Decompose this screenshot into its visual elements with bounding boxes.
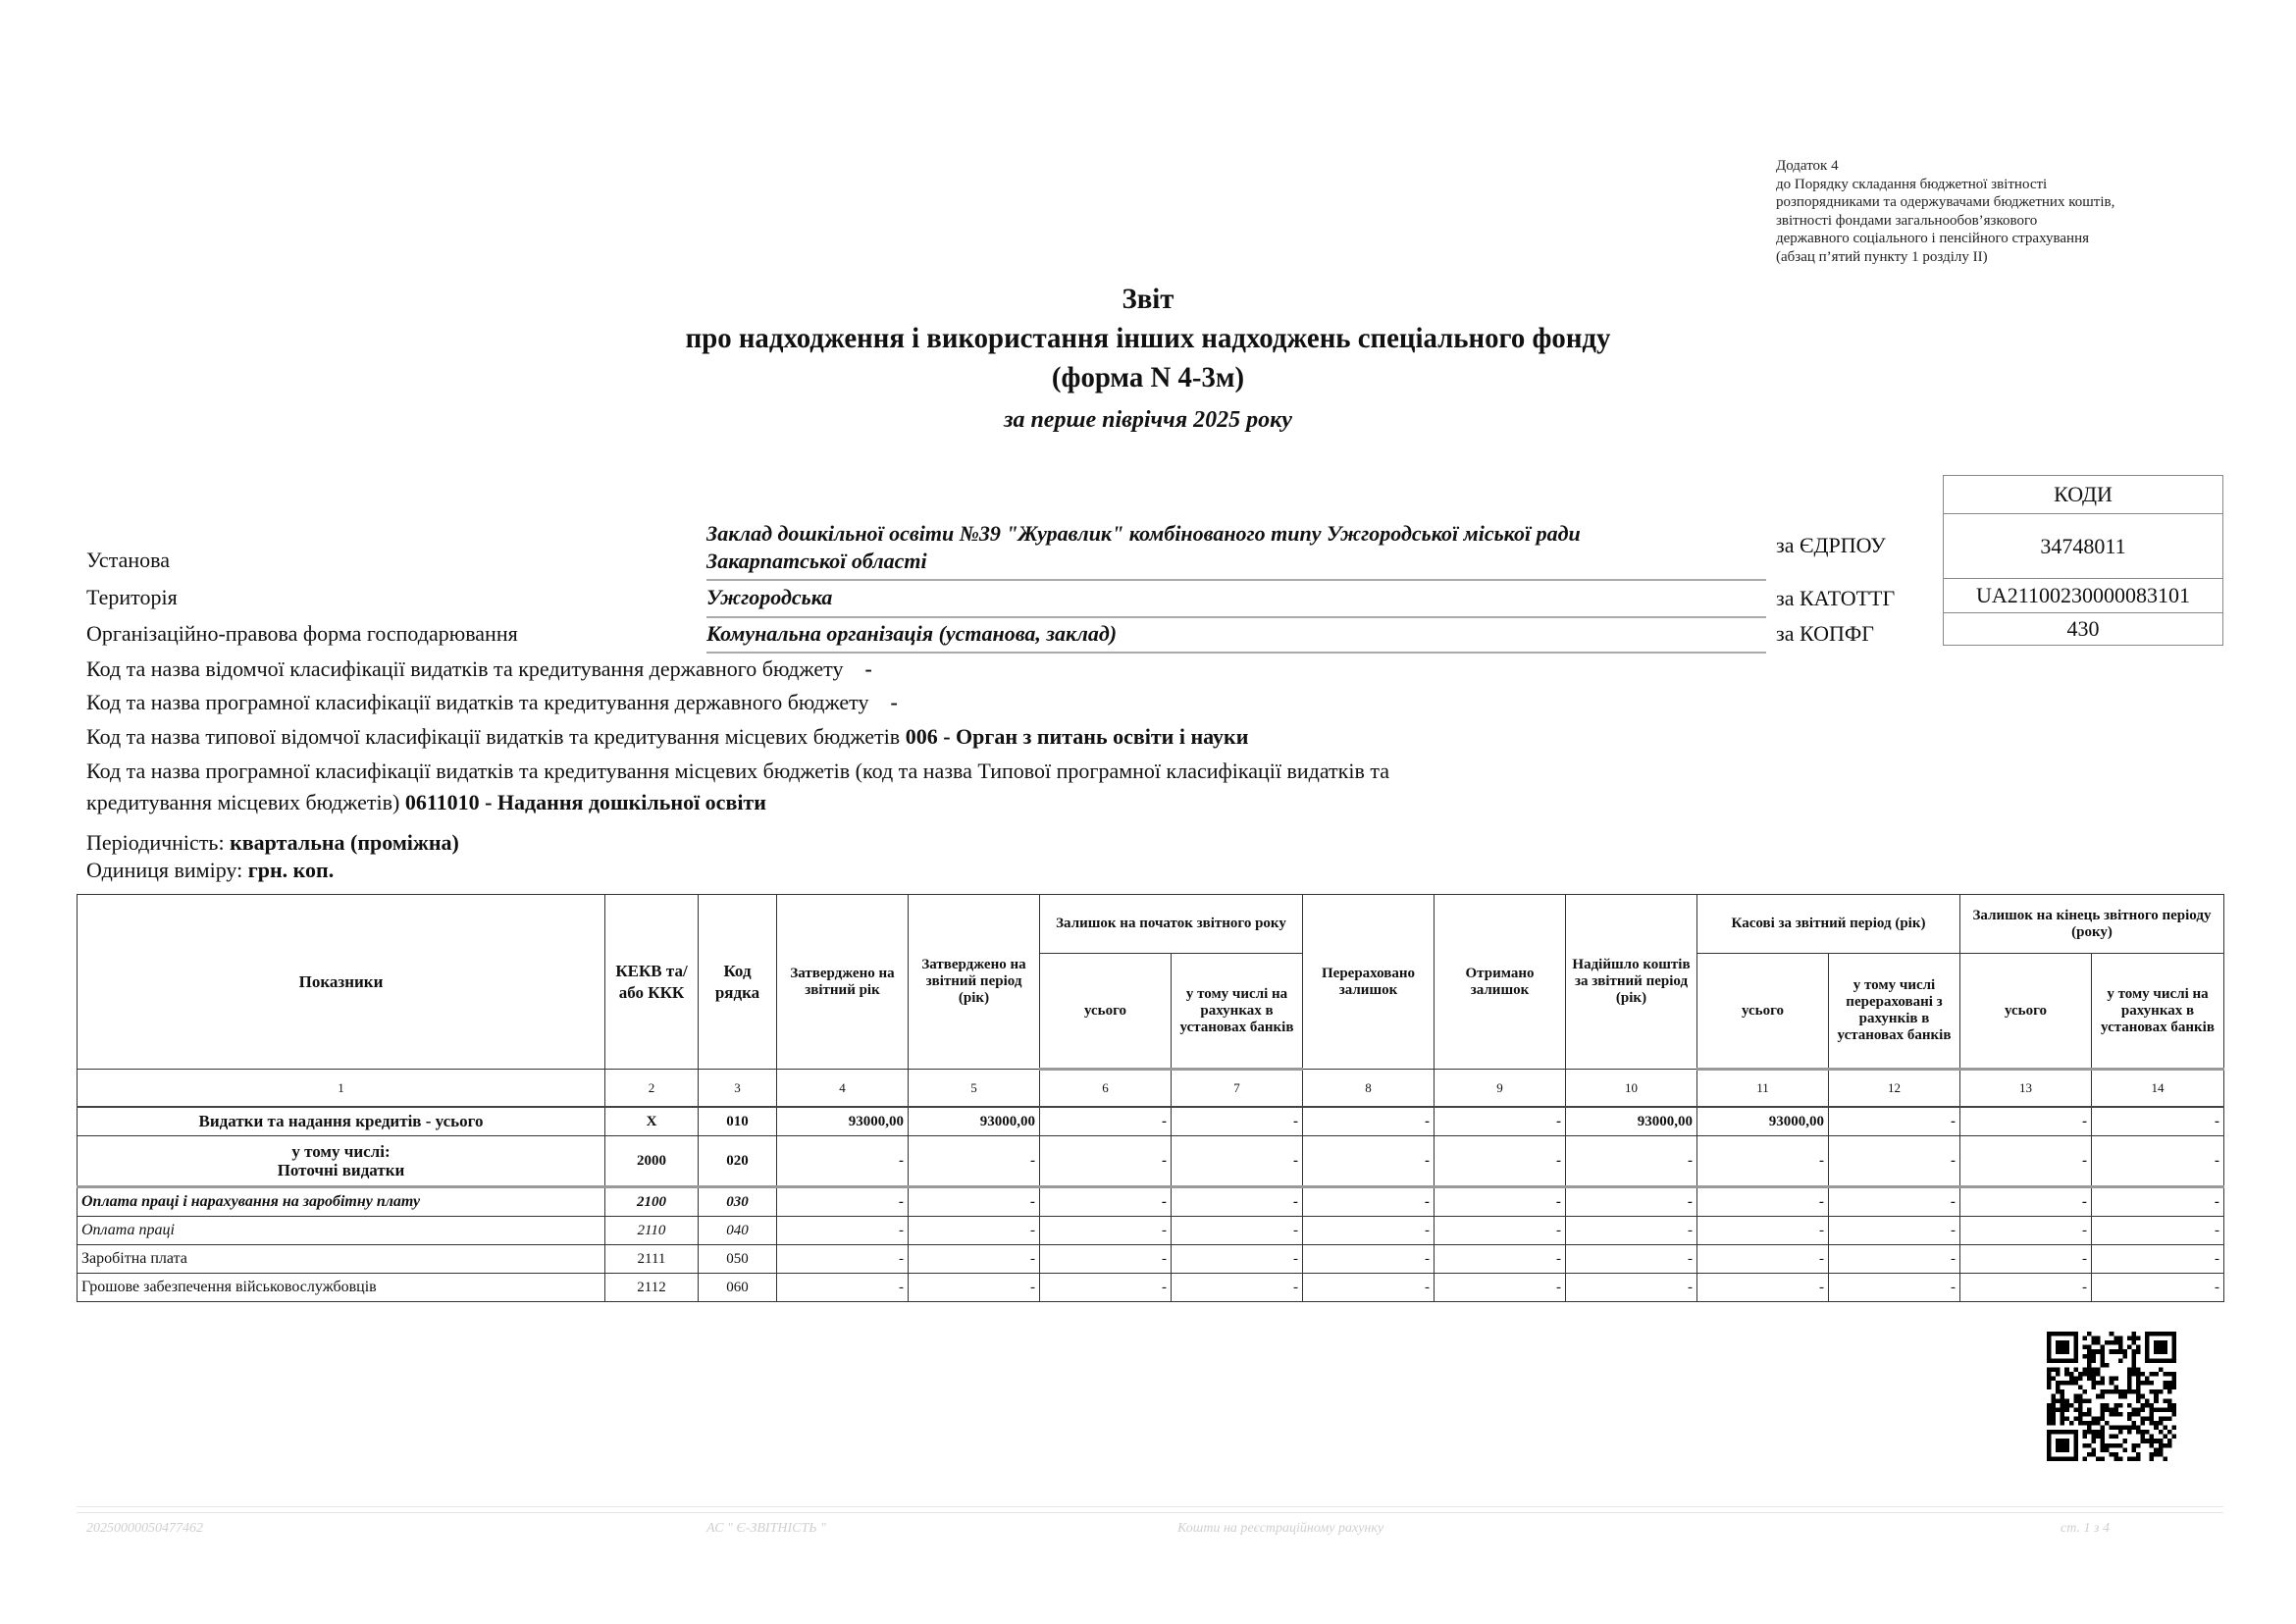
katottg-label: за КАТОТТГ <box>1776 586 1895 611</box>
title-line-1: Звіт <box>46 280 2250 319</box>
table-row: Видатки та надання кредитів - усього X 0… <box>78 1107 2224 1136</box>
row-value: - <box>1697 1274 1829 1302</box>
report-title: Звіт про надходження і використання інши… <box>0 280 2296 434</box>
row-value: - <box>1435 1187 1566 1217</box>
row-value: - <box>1303 1187 1435 1217</box>
column-number: 6 <box>1040 1070 1172 1108</box>
row-value: - <box>1040 1136 1172 1187</box>
row-value: - <box>2092 1107 2224 1136</box>
appendix-line: державного соціального і пенсійного стра… <box>1776 230 2208 248</box>
row-value: - <box>1172 1217 1303 1245</box>
header-transferred: Перераховано залишок <box>1303 895 1435 1070</box>
column-number: 3 <box>699 1070 777 1108</box>
row-value: - <box>1566 1274 1697 1302</box>
footer-divider <box>77 1512 2223 1513</box>
codes-table: КОДИ 34748011 UA21100230000083101 430 <box>1943 475 2223 646</box>
row-value: - <box>909 1187 1040 1217</box>
prog-state-label: Код та назва програмної класифікації вид… <box>86 690 868 714</box>
row-value: - <box>1960 1136 2092 1187</box>
header-balance-end: Залишок на кінець звітного періоду (року… <box>1960 895 2224 954</box>
row-kekv: 2112 <box>605 1274 699 1302</box>
footer-doc-id: 20250000050477462 <box>86 1521 203 1537</box>
row-code: 010 <box>699 1107 777 1136</box>
row-value: - <box>1303 1245 1435 1274</box>
row-value: - <box>1172 1245 1303 1274</box>
row-value: - <box>1566 1217 1697 1245</box>
header-indicators: Показники <box>78 895 605 1070</box>
row-name-line-2: Поточні видатки <box>81 1161 600 1179</box>
row-value: - <box>1303 1274 1435 1302</box>
katottg-code: UA21100230000083101 <box>1944 579 2223 613</box>
row-value: - <box>1829 1274 1960 1302</box>
institution-line-1: Заклад дошкільної освіти №39 "Журавлик" … <box>706 520 1766 548</box>
row-value: - <box>1040 1245 1172 1274</box>
appendix-line: звітності фондами загальнообов’язкового <box>1776 212 2208 231</box>
row-value: - <box>2092 1245 2224 1274</box>
row-value: - <box>1697 1136 1829 1187</box>
row-value: - <box>1829 1107 1960 1136</box>
row-value: - <box>1435 1245 1566 1274</box>
periodicity-value: квартальна (проміжна) <box>230 830 459 855</box>
row-value: - <box>777 1187 909 1217</box>
row-name: Грошове забезпечення військовослужбовців <box>78 1274 605 1302</box>
dept-state-classification: Код та назва відомчої класифікації видат… <box>86 654 872 685</box>
row-value: - <box>1040 1217 1172 1245</box>
row-value: - <box>1829 1245 1960 1274</box>
row-name: Заробітна плата <box>78 1245 605 1274</box>
dept-state-label: Код та назва відомчої класифікації видат… <box>86 656 843 681</box>
row-code: 050 <box>699 1245 777 1274</box>
periodicity-label: Періодичність: <box>86 830 225 855</box>
row-value: - <box>1435 1136 1566 1187</box>
territory-value: Ужгородська <box>706 583 1766 618</box>
row-value: - <box>1697 1245 1829 1274</box>
title-line-2: про надходження і використання інших над… <box>46 319 2250 358</box>
column-numbers-row: 1 2 3 4 5 6 7 8 9 10 11 12 13 14 <box>78 1070 2224 1108</box>
row-value: - <box>909 1245 1040 1274</box>
appendix-note: Додаток 4 до Порядку складання бюджетної… <box>1776 157 2208 266</box>
row-kekv: 2110 <box>605 1217 699 1245</box>
row-name: Оплата праці <box>78 1217 605 1245</box>
header-balance-start-total: усього <box>1040 954 1172 1070</box>
row-kekv: 2000 <box>605 1136 699 1187</box>
edrpou-label: за ЄДРПОУ <box>1776 533 1886 558</box>
row-value: - <box>1172 1107 1303 1136</box>
kopfg-code: 430 <box>1944 613 2223 646</box>
header-balance-start: Залишок на початок звітного року <box>1040 895 1303 954</box>
row-value: - <box>909 1274 1040 1302</box>
row-value: - <box>1172 1274 1303 1302</box>
row-value: - <box>2092 1217 2224 1245</box>
footer-divider <box>77 1506 2223 1507</box>
column-number: 10 <box>1566 1070 1697 1108</box>
row-value: 93000,00 <box>909 1107 1040 1136</box>
codes-header: КОДИ <box>1944 476 2223 514</box>
column-number: 1 <box>78 1070 605 1108</box>
unit-label: Одиниця виміру: <box>86 858 242 882</box>
title-form: (форма N 4-3м) <box>46 358 2250 397</box>
prog-state-value: - <box>890 690 897 714</box>
row-value: - <box>777 1217 909 1245</box>
row-value: - <box>2092 1187 2224 1217</box>
row-value: - <box>1303 1107 1435 1136</box>
header-balance-end-total: усього <box>1960 954 2092 1070</box>
row-code: 020 <box>699 1136 777 1187</box>
header-balance-start-banks: у тому числі на рахунках в установах бан… <box>1172 954 1303 1070</box>
header-income: Надійшло коштів за звітний період (рік) <box>1566 895 1697 1070</box>
header-approved-year: Затверджено на звітний рік <box>777 895 909 1070</box>
row-value: - <box>1040 1107 1172 1136</box>
header-kekv: КЕКВ та/або ККК <box>605 895 699 1070</box>
table-row: Оплата праці 2110 040 ----------- <box>78 1217 2224 1245</box>
row-name: Видатки та надання кредитів - усього <box>78 1107 605 1136</box>
row-name: Оплата праці і нарахування на заробітну … <box>78 1187 605 1217</box>
row-value: - <box>1829 1136 1960 1187</box>
row-value: - <box>777 1245 909 1274</box>
row-value: - <box>1566 1187 1697 1217</box>
institution-value: Заклад дошкільної освіти №39 "Журавлик" … <box>706 520 1766 581</box>
row-value: - <box>1960 1245 2092 1274</box>
header-cash: Касові за звітний період (рік) <box>1697 895 1960 954</box>
appendix-line: (абзац п’ятий пункту 1 розділу II) <box>1776 248 2208 267</box>
appendix-line: до Порядку складання бюджетної звітності <box>1776 176 2208 194</box>
column-number: 8 <box>1303 1070 1435 1108</box>
column-number: 5 <box>909 1070 1040 1108</box>
dept-local-classification: Код та назва типової відомчої класифікац… <box>86 721 1248 753</box>
row-value: - <box>1566 1245 1697 1274</box>
row-code: 040 <box>699 1217 777 1245</box>
prog-local-label-1: Код та назва програмної класифікації вид… <box>86 756 1389 787</box>
header-received-balance: Отримано залишок <box>1435 895 1566 1070</box>
row-value: - <box>1435 1217 1566 1245</box>
row-value: - <box>1303 1136 1435 1187</box>
prog-local-value: 0611010 - Надання дошкільної освіти <box>405 790 766 814</box>
row-value: 93000,00 <box>1566 1107 1697 1136</box>
row-value: - <box>1697 1187 1829 1217</box>
legal-form-label: Організаційно-правова форма господарюван… <box>86 621 518 647</box>
footer-account: Кошти на реєстраційному рахунку <box>1177 1521 1383 1537</box>
header-approved-period: Затверджено на звітний період (рік) <box>909 895 1040 1070</box>
report-period: за перше півріччя 2025 року <box>0 407 2296 434</box>
row-value: - <box>1566 1136 1697 1187</box>
row-value: 93000,00 <box>1697 1107 1829 1136</box>
table-row: у тому числі: Поточні видатки 2000 020 -… <box>78 1136 2224 1187</box>
row-value: - <box>1829 1217 1960 1245</box>
table-row: Оплата праці і нарахування на заробітну … <box>78 1187 2224 1217</box>
table-row: Заробітна плата 2111 050 ----------- <box>78 1245 2224 1274</box>
row-value: - <box>1040 1274 1172 1302</box>
report-table: Показники КЕКВ та/або ККК Код рядка Затв… <box>77 894 2224 1302</box>
row-value: - <box>1697 1217 1829 1245</box>
row-value: - <box>777 1136 909 1187</box>
dept-local-value: 006 - Орган з питань освіти і науки <box>906 724 1249 749</box>
row-value: - <box>1303 1217 1435 1245</box>
header-balance-end-banks: у тому числі на рахунках в установах бан… <box>2092 954 2224 1070</box>
row-value: - <box>1435 1107 1566 1136</box>
row-kekv: 2100 <box>605 1187 699 1217</box>
row-value: - <box>1172 1187 1303 1217</box>
kopfg-label: за КОПФГ <box>1776 621 1874 647</box>
column-number: 12 <box>1829 1070 1960 1108</box>
edrpou-code: 34748011 <box>1944 514 2223 579</box>
header-cash-total: усього <box>1697 954 1829 1070</box>
row-value: - <box>1960 1187 2092 1217</box>
column-number: 14 <box>2092 1070 2224 1108</box>
row-value: - <box>1435 1274 1566 1302</box>
row-kekv: X <box>605 1107 699 1136</box>
row-value: - <box>1172 1136 1303 1187</box>
prog-state-classification: Код та назва програмної класифікації вид… <box>86 687 898 718</box>
row-value: - <box>909 1136 1040 1187</box>
unit-value: грн. коп. <box>248 858 334 882</box>
column-number: 9 <box>1435 1070 1566 1108</box>
institution-label: Установа <box>86 548 170 573</box>
appendix-line: Додаток 4 <box>1776 157 2208 176</box>
footer-page: ст. 1 з 4 <box>2061 1521 2110 1537</box>
row-value: - <box>2092 1136 2224 1187</box>
row-value: - <box>1040 1187 1172 1217</box>
appendix-line: розпорядниками та одержувачами бюджетних… <box>1776 193 2208 212</box>
dept-local-label: Код та назва типової відомчої класифікац… <box>86 724 900 749</box>
prog-local-label-2: кредитування місцевих бюджетів) <box>86 790 399 814</box>
row-value: - <box>2092 1274 2224 1302</box>
row-kekv: 2111 <box>605 1245 699 1274</box>
row-value: - <box>1960 1217 2092 1245</box>
dept-state-value: - <box>864 656 871 681</box>
footer-system: АС " Є-ЗВІТНІСТЬ " <box>706 1521 826 1537</box>
table-row: Грошове забезпечення військовослужбовців… <box>78 1274 2224 1302</box>
row-name-line-1: у тому числі: <box>81 1142 600 1161</box>
row-value: - <box>1960 1274 2092 1302</box>
column-number: 7 <box>1172 1070 1303 1108</box>
row-value: 93000,00 <box>777 1107 909 1136</box>
column-number: 13 <box>1960 1070 2092 1108</box>
unit-of-measure: Одиниця виміру: грн. коп. <box>86 855 334 886</box>
header-row-code: Код рядка <box>699 895 777 1070</box>
row-name: у тому числі: Поточні видатки <box>78 1136 605 1187</box>
column-number: 11 <box>1697 1070 1829 1108</box>
column-number: 2 <box>605 1070 699 1108</box>
row-value: - <box>1829 1187 1960 1217</box>
row-value: - <box>777 1274 909 1302</box>
header-cash-banks: у тому числі перераховані з рахунків в у… <box>1829 954 1960 1070</box>
row-code: 060 <box>699 1274 777 1302</box>
row-code: 030 <box>699 1187 777 1217</box>
column-number: 4 <box>777 1070 909 1108</box>
legal-form-value: Комунальна організація (установа, заклад… <box>706 618 1766 654</box>
territory-label: Територія <box>86 585 178 610</box>
row-value: - <box>1960 1107 2092 1136</box>
row-value: - <box>909 1217 1040 1245</box>
institution-line-2: Закарпатської області <box>706 548 1766 575</box>
prog-local-classification: Код та назва програмної класифікації вид… <box>86 756 1389 818</box>
qr-code-icon <box>2047 1332 2176 1461</box>
